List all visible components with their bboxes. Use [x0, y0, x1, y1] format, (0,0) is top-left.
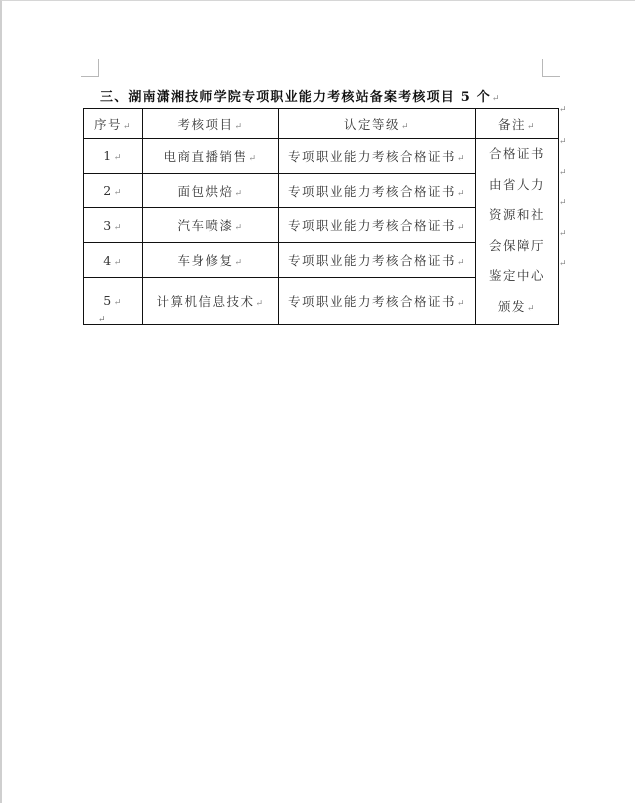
cell-no: 4↵ [84, 243, 143, 278]
cell-level: 专项职业能力考核合格证书↵ [279, 243, 476, 278]
header-cell-note: 备注↵ [476, 109, 559, 139]
row-end-mark-icon: ↵ [559, 168, 567, 178]
cell-level: 专项职业能力考核合格证书↵ [279, 277, 476, 324]
section-heading: 三、湖南潇湘技师学院专项职业能力考核站备案考核项目 5 个↵ [100, 86, 501, 105]
header-cell-no: 序号↵ [84, 109, 143, 139]
cell-no: 5↵ [84, 277, 143, 324]
cell-no: 2↵ [84, 173, 143, 208]
section-heading-text: 三、湖南潇湘技师学院专项职业能力考核站备案考核项目 5 个 [100, 90, 491, 105]
cell-level: 专项职业能力考核合格证书↵ [279, 173, 476, 208]
cell-project: 汽车喷漆↵ [143, 208, 279, 243]
cell-note-merged: 合格证书 由省人力 资源和社 会保障厅 鉴定中心 颁发↵ [476, 139, 559, 325]
row-end-mark-icon: ↵ [559, 229, 567, 239]
header-cell-level: 认定等级↵ [279, 109, 476, 139]
projects-table: 序号↵ 考核项目↵ 认定等级↵ 备注↵ 1↵ 电商直播销售↵ 专项职业能力考核合… [83, 108, 559, 325]
margin-corner-mark-top-left [81, 59, 99, 77]
header-cell-project: 考核项目↵ [143, 109, 279, 139]
table-header-row: 序号↵ 考核项目↵ 认定等级↵ 备注↵ [84, 109, 559, 139]
cell-level: 专项职业能力考核合格证书↵ [279, 139, 476, 174]
table-row: 1↵ 电商直播销售↵ 专项职业能力考核合格证书↵ 合格证书 由省人力 资源和社 … [84, 139, 559, 174]
cell-project: 面包烘焙↵ [143, 173, 279, 208]
row-end-mark-icon: ↵ [559, 105, 567, 115]
cell-project: 电商直播销售↵ [143, 139, 279, 174]
cell-level: 专项职业能力考核合格证书↵ [279, 208, 476, 243]
row-end-mark-icon: ↵ [559, 259, 567, 269]
row-end-mark-icon: ↵ [559, 137, 567, 147]
cell-project: 计算机信息技术↵ [143, 277, 279, 324]
cell-project: 车身修复↵ [143, 243, 279, 278]
paragraph-mark-icon: ↵ [492, 94, 501, 104]
cell-no: 1↵ [84, 139, 143, 174]
empty-paragraph-mark-icon: ↵ [98, 315, 106, 325]
cell-no: 3↵ [84, 208, 143, 243]
margin-corner-mark-top-right [542, 59, 560, 77]
document-page: 三、湖南潇湘技师学院专项职业能力考核站备案考核项目 5 个↵ 序号↵ 考核项目↵… [0, 0, 635, 803]
row-end-mark-icon: ↵ [559, 198, 567, 208]
